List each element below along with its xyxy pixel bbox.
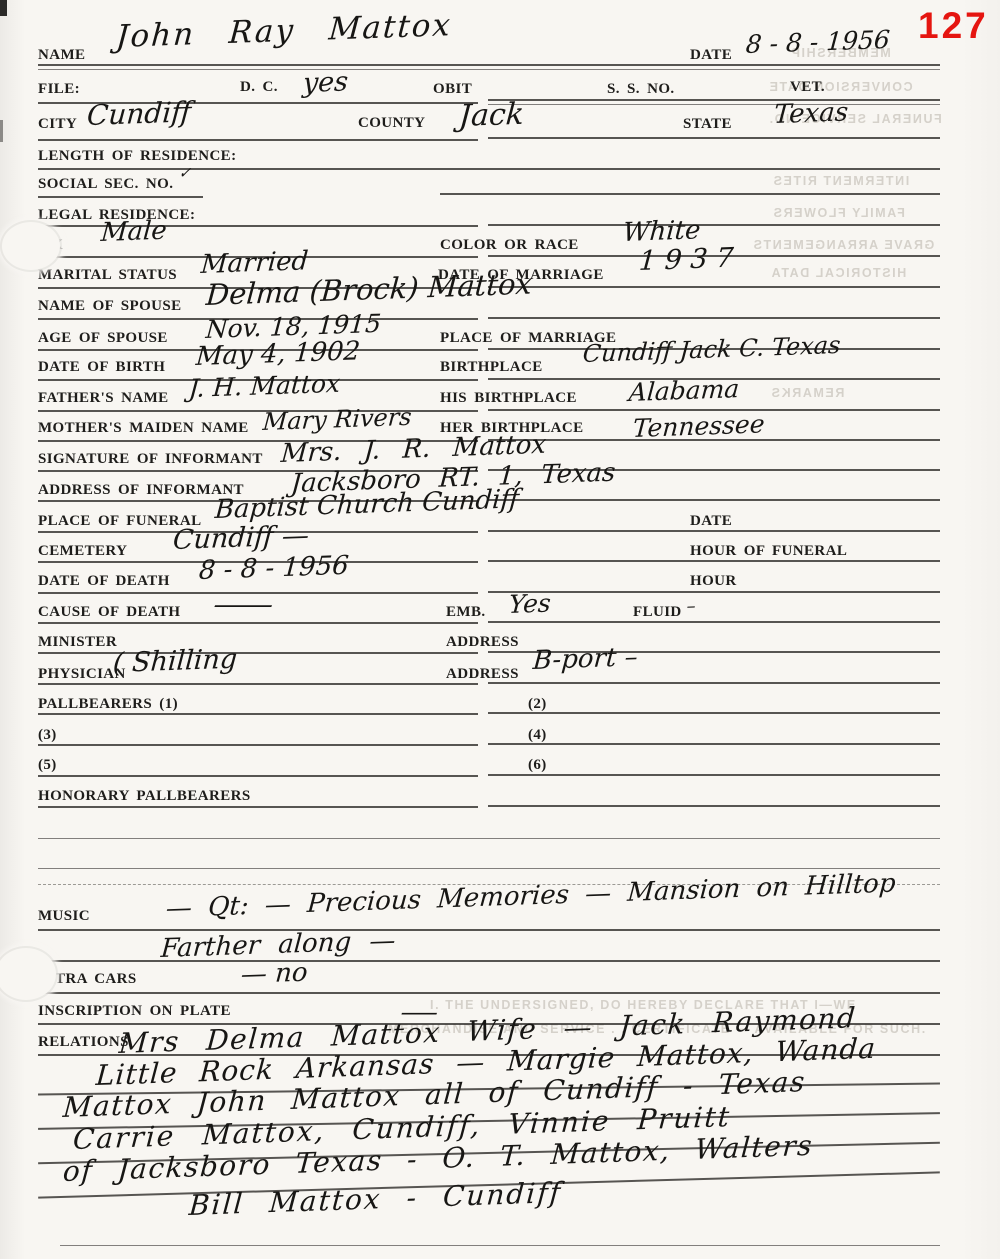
relations-handwritten-line: Bill Mattox - Cundiff <box>188 1179 563 1220</box>
obit-label: OBIT <box>433 81 472 98</box>
physician-address-handwritten-value: B-port – <box>532 644 639 674</box>
cemetery-label: CEMETERY <box>38 543 127 560</box>
date-of-birth-label: DATE OF BIRTH <box>38 359 165 376</box>
rule-line <box>38 992 940 994</box>
vet-label: VET. <box>790 79 825 96</box>
rule-line <box>488 104 940 105</box>
age-of-spouse-label: AGE OF SPOUSE <box>38 330 168 347</box>
inscription-on-plate-label: INSCRIPTION ON PLATE <box>38 1003 231 1020</box>
scan-blob <box>2 222 60 270</box>
rule-line <box>488 805 940 807</box>
county-handwritten-value: Jack <box>458 100 525 132</box>
marital-status-handwritten-value: Married <box>200 248 309 278</box>
rule-line <box>488 224 940 226</box>
length-of-residence-label: LENGTH OF RESIDENCE: <box>38 148 236 165</box>
minister-label: MINISTER <box>38 634 117 651</box>
bleedthrough-text: FAMILY FLOWERS <box>772 206 905 220</box>
scan-edge-mark <box>0 0 7 16</box>
spouse-handwritten-value: Delma (Brock) Mattox <box>205 270 533 310</box>
dc-handwritten-value: yes <box>302 68 349 97</box>
rule-line <box>38 868 940 869</box>
rule-line <box>488 99 940 101</box>
hour-of-funeral-label: HOUR OF FUNERAL <box>690 543 847 560</box>
pallbearers-5-label: (5) <box>38 757 57 774</box>
rule-line <box>38 622 478 624</box>
date-handwritten-value: 8 - 8 - 1956 <box>745 27 891 57</box>
page-index-number: 127 <box>918 5 989 47</box>
date-of-birth-handwritten-value: May 4, 1902 <box>195 338 361 370</box>
rule-line <box>488 286 940 288</box>
scan-edge-mark <box>0 120 3 142</box>
rule-line <box>38 69 940 70</box>
rule-line <box>488 712 940 714</box>
rule-line <box>38 196 203 198</box>
mothers-maiden-name-handwritten-value: Mary Rivers <box>262 405 412 434</box>
file-label: FILE: <box>38 81 80 98</box>
his-birthplace-handwritten-value: Alabama <box>628 376 740 405</box>
pallbearers-4-label: (4) <box>528 727 547 744</box>
sex-handwritten-value: Male <box>100 218 168 246</box>
mothers-maiden-name-label: MOTHER'S MAIDEN NAME <box>38 420 249 437</box>
rule-line <box>38 64 940 66</box>
date-of-death-handwritten-value: 8 - 8 - 1956 <box>198 553 350 584</box>
signature-of-informant-label: SIGNATURE OF INFORMANT <box>38 451 263 468</box>
bleedthrough-text: REMARKS <box>770 386 844 400</box>
her-birthplace-handwritten-value: Tennessee <box>632 411 765 441</box>
rule-line <box>38 744 478 746</box>
race-handwritten-value: White <box>622 217 701 246</box>
rule-line <box>38 683 478 685</box>
cause-of-death-handwritten-value: — <box>212 592 274 618</box>
state-handwritten-value: Texas <box>773 99 849 128</box>
check-mark: ✓ <box>178 166 192 181</box>
fluid-label: FLUID <box>633 604 682 621</box>
music-handwritten-value: — Qt: — Precious Memories — Mansion on H… <box>165 870 896 922</box>
rule-line <box>488 743 940 745</box>
rule-line <box>38 775 478 777</box>
rule-line <box>488 317 940 319</box>
pallbearers-6-label: (6) <box>528 757 547 774</box>
place-of-funeral-handwritten-value: Baptist Church Cundiff <box>214 486 520 523</box>
rule-line <box>488 560 940 562</box>
scanned-funeral-record-form: 127 MEMBERSHIP CONVERSION DATE FUNERAL S… <box>0 0 1000 1259</box>
rule-line <box>38 168 940 170</box>
birthplace-label: BIRTHPLACE <box>440 359 543 376</box>
rule-line <box>488 530 940 532</box>
pallbearers-1-label: PALLBEARERS (1) <box>38 696 178 713</box>
city-label: CITY <box>38 116 77 133</box>
music-handwritten-value-line2: Farther along — <box>160 928 396 962</box>
his-birthplace-label: HIS BIRTHPLACE <box>440 390 577 407</box>
rule-line <box>38 139 478 141</box>
date-label: DATE <box>690 47 732 64</box>
rule-line <box>38 806 478 808</box>
ssn-label: S. S. NO. <box>607 81 675 98</box>
pallbearers-3-label: (3) <box>38 727 57 744</box>
minister-address-label: ADDRESS <box>446 634 519 651</box>
date-of-marriage-handwritten-value: 1 9 3 7 <box>638 245 734 275</box>
color-or-race-label: COLOR OR RACE <box>440 237 579 254</box>
funeral-date-label: DATE <box>690 513 732 530</box>
rule-line <box>488 591 940 593</box>
county-label: COUNTY <box>358 115 425 132</box>
honorary-pallbearers-label: HONORARY PALLBEARERS <box>38 788 251 805</box>
rule-line <box>488 682 940 684</box>
fathers-name-label: FATHER'S NAME <box>38 390 169 407</box>
dc-label: D. C. <box>240 79 278 96</box>
fathers-name-handwritten-value: J. H. Mattox <box>188 371 341 401</box>
bleedthrough-text: GRAVE ARRANGEMENTS <box>752 238 934 252</box>
rule-line <box>38 713 478 715</box>
date-of-death-label: DATE OF DEATH <box>38 573 170 590</box>
rule-line <box>38 838 940 839</box>
rule-line <box>488 137 940 139</box>
cemetery-handwritten-value: Cundiff — <box>172 522 310 554</box>
bleedthrough-text: HISTORICAL DATA <box>770 266 906 280</box>
fluid-handwritten-mark: – <box>686 598 696 616</box>
rule-line <box>60 1245 940 1246</box>
bleedthrough-text: INTERMENT RITES <box>772 174 909 188</box>
birthplace-handwritten-value: Cundiff Jack C. Texas <box>582 333 841 366</box>
marital-status-label: MARITAL STATUS <box>38 267 177 284</box>
name-handwritten-value: John Ray Mattox <box>115 10 453 53</box>
relations-label: RELATIONS <box>38 1034 129 1051</box>
music-label: MUSIC <box>38 908 90 925</box>
emb-handwritten-value: Yes <box>508 590 552 617</box>
rule-line <box>440 193 940 195</box>
city-handwritten-value: Cundiff <box>86 98 192 130</box>
rule-line <box>38 652 478 654</box>
hour-label: HOUR <box>690 573 737 590</box>
extra-cars-label: TRA CARS <box>55 971 137 988</box>
physician-address-label: ADDRESS <box>446 666 519 683</box>
rule-line <box>488 774 940 776</box>
name-label: NAME <box>38 47 85 64</box>
cause-of-death-label: CAUSE OF DEATH <box>38 604 180 621</box>
physician-handwritten-value: ( Shilling <box>112 646 238 677</box>
pallbearers-2-label: (2) <box>528 696 547 713</box>
state-label: STATE <box>683 116 732 133</box>
emb-label: EMB. <box>446 604 486 621</box>
rule-line <box>488 499 940 501</box>
address-of-informant-label: ADDRESS OF INFORMANT <box>38 482 244 499</box>
rule-line <box>38 929 940 931</box>
rule-line <box>488 621 940 623</box>
name-of-spouse-label: NAME OF SPOUSE <box>38 298 182 315</box>
social-sec-no-label: SOCIAL SEC. NO. <box>38 176 173 193</box>
extra-cars-handwritten-value: — no <box>240 960 308 988</box>
